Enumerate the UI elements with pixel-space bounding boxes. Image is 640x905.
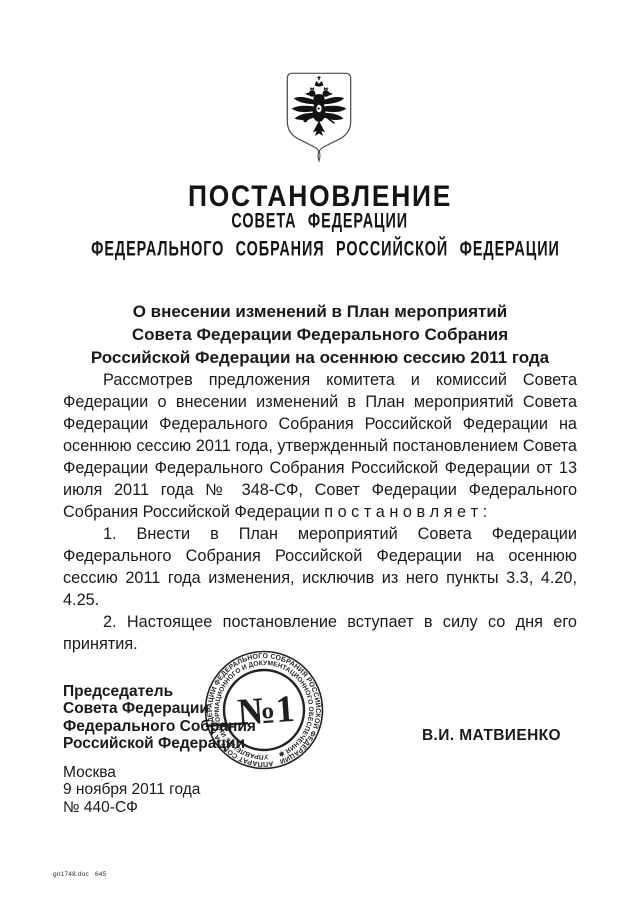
subject-line: Совета Федерации Федерального Собрания	[40, 323, 600, 346]
stamp-icon: АППАРАТ СОВЕТА ФЕДЕРАЦИИ ФЕДЕРАЛЬНОГО СО…	[202, 648, 326, 772]
stamp-number: №1	[236, 688, 296, 734]
coat-of-arms-icon	[283, 69, 355, 164]
document-subject-heading: О внесении изменений в План мероприятий …	[40, 300, 600, 369]
russian-coat-of-arms	[283, 69, 355, 164]
paragraph-preamble: Рассмотрев предложения комитета и комисс…	[63, 369, 577, 523]
document-subtitle-line2: ФЕДЕРАЛЬНОГО СОБРАНИЯ РОССИЙСКОЙ ФЕДЕРАЦ…	[0, 238, 640, 261]
paragraph-item-1: 1. Внести в План мероприятий Совета Феде…	[63, 523, 577, 611]
subject-line: О внесении изменений в План мероприятий	[40, 300, 600, 323]
document-page: ПОСТАНОВЛЕНИЕ СОВЕТА ФЕДЕРАЦИИ ФЕДЕРАЛЬН…	[0, 0, 640, 905]
place-date-block: Москва 9 ноября 2011 года № 440-СФ	[63, 764, 200, 816]
city: Москва	[63, 764, 200, 781]
subject-line: Российской Федерации на осеннюю сессию 2…	[40, 346, 600, 369]
official-round-stamp: АППАРАТ СОВЕТА ФЕДЕРАЦИИ ФЕДЕРАЛЬНОГО СО…	[202, 648, 326, 778]
document-subtitle-line1: СОВЕТА ФЕДЕРАЦИИ	[0, 210, 640, 233]
document-body: Рассмотрев предложения комитета и комисс…	[63, 369, 577, 655]
footer-file-reference: gn1748.doc 645	[53, 871, 106, 878]
document-number: № 440-СФ	[63, 799, 200, 816]
date: 9 ноября 2011 года	[63, 781, 200, 798]
signatory-name: В.И. МАТВИЕНКО	[422, 727, 561, 745]
shield-tip	[318, 150, 320, 161]
double-headed-eagle	[292, 75, 347, 135]
